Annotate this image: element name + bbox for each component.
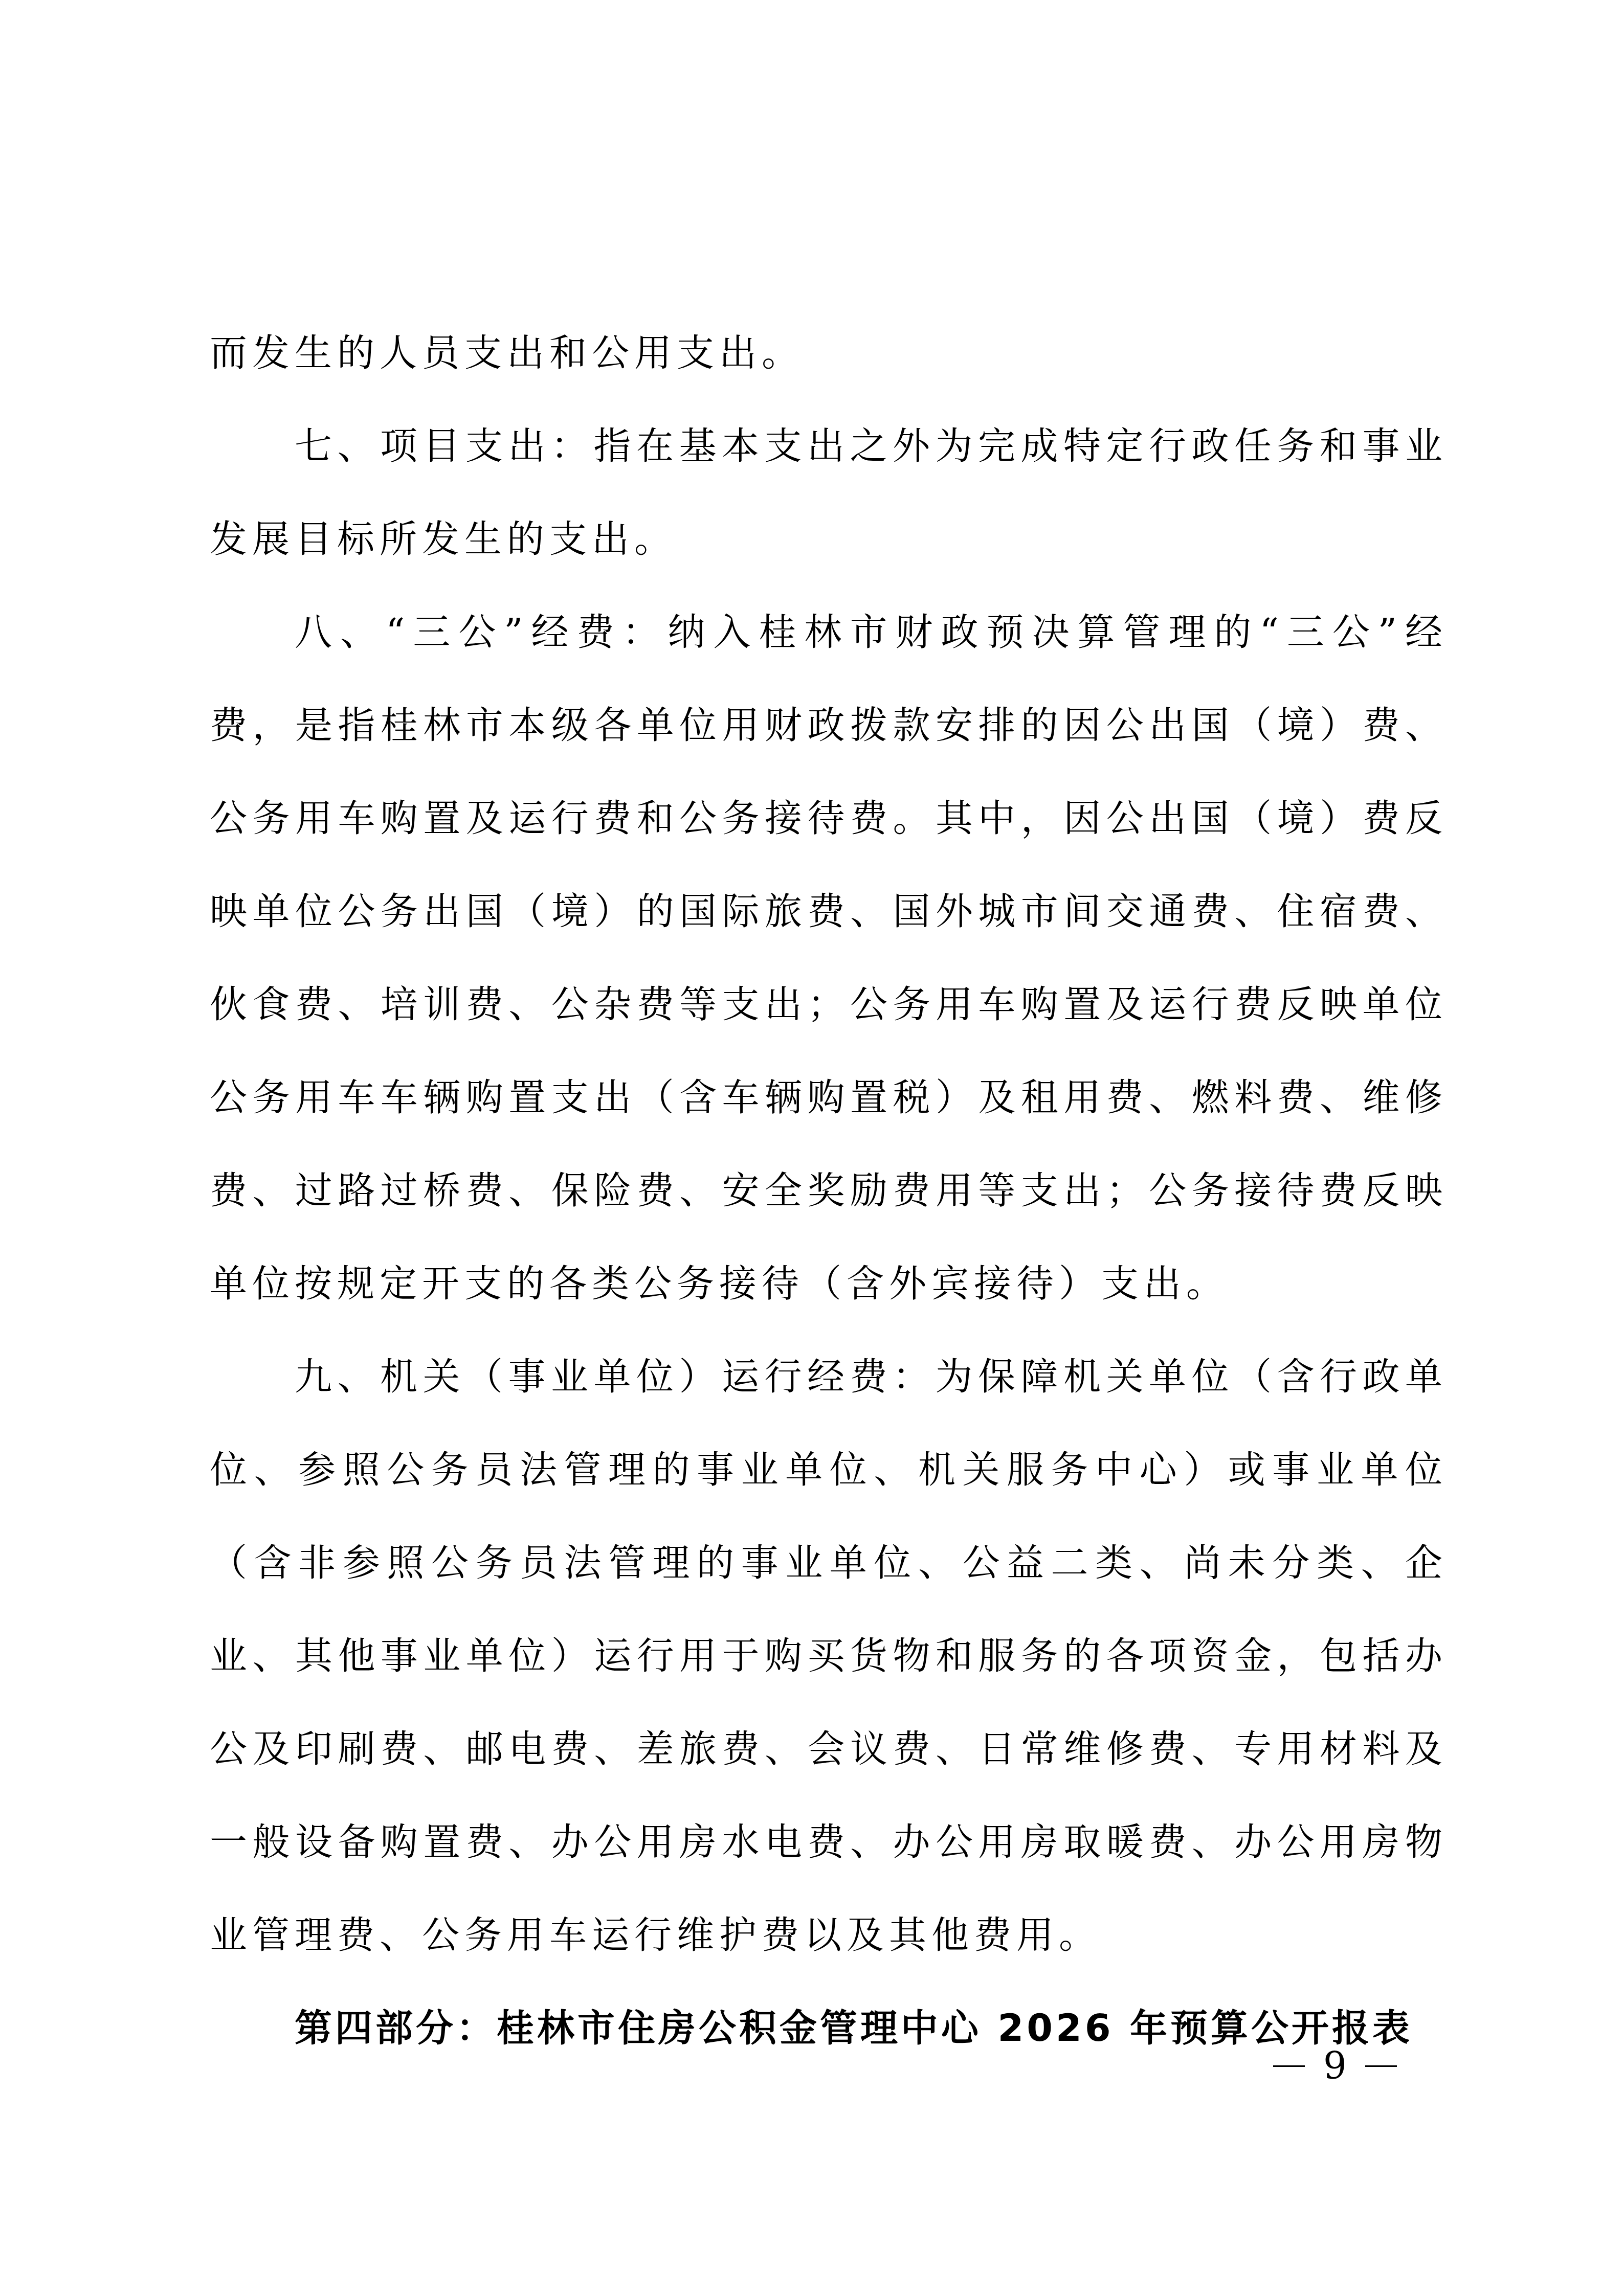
document-body: 而发生的人员支出和公用支出。 七、项目支出：指在基本支出之外为完成特定行政任务和… [210, 307, 1448, 2075]
paragraph-operating-expenses: 九、机关（事业单位）运行经费：为保障机关单位（含行政单位、参照公务员法管理的事业… [210, 1331, 1448, 1982]
paragraph-three-public-expenses: 八、“三公”经费：纳入桂林市财政预决算管理的“三公”经费，是指桂林市本级各单位用… [210, 586, 1448, 1331]
document-page: 而发生的人员支出和公用支出。 七、项目支出：指在基本支出之外为完成特定行政任务和… [0, 0, 1624, 2296]
page-footer: 9 [1253, 2038, 1417, 2094]
page-number: 9 [1323, 2044, 1347, 2087]
paragraph-project-expenditure: 七、项目支出：指在基本支出之外为完成特定行政任务和事业发展目标所发生的支出。 [210, 400, 1448, 586]
paragraph-continuation: 而发生的人员支出和公用支出。 [210, 307, 1448, 400]
footer-dash-left [1273, 2065, 1305, 2067]
footer-dash-right [1365, 2065, 1397, 2067]
